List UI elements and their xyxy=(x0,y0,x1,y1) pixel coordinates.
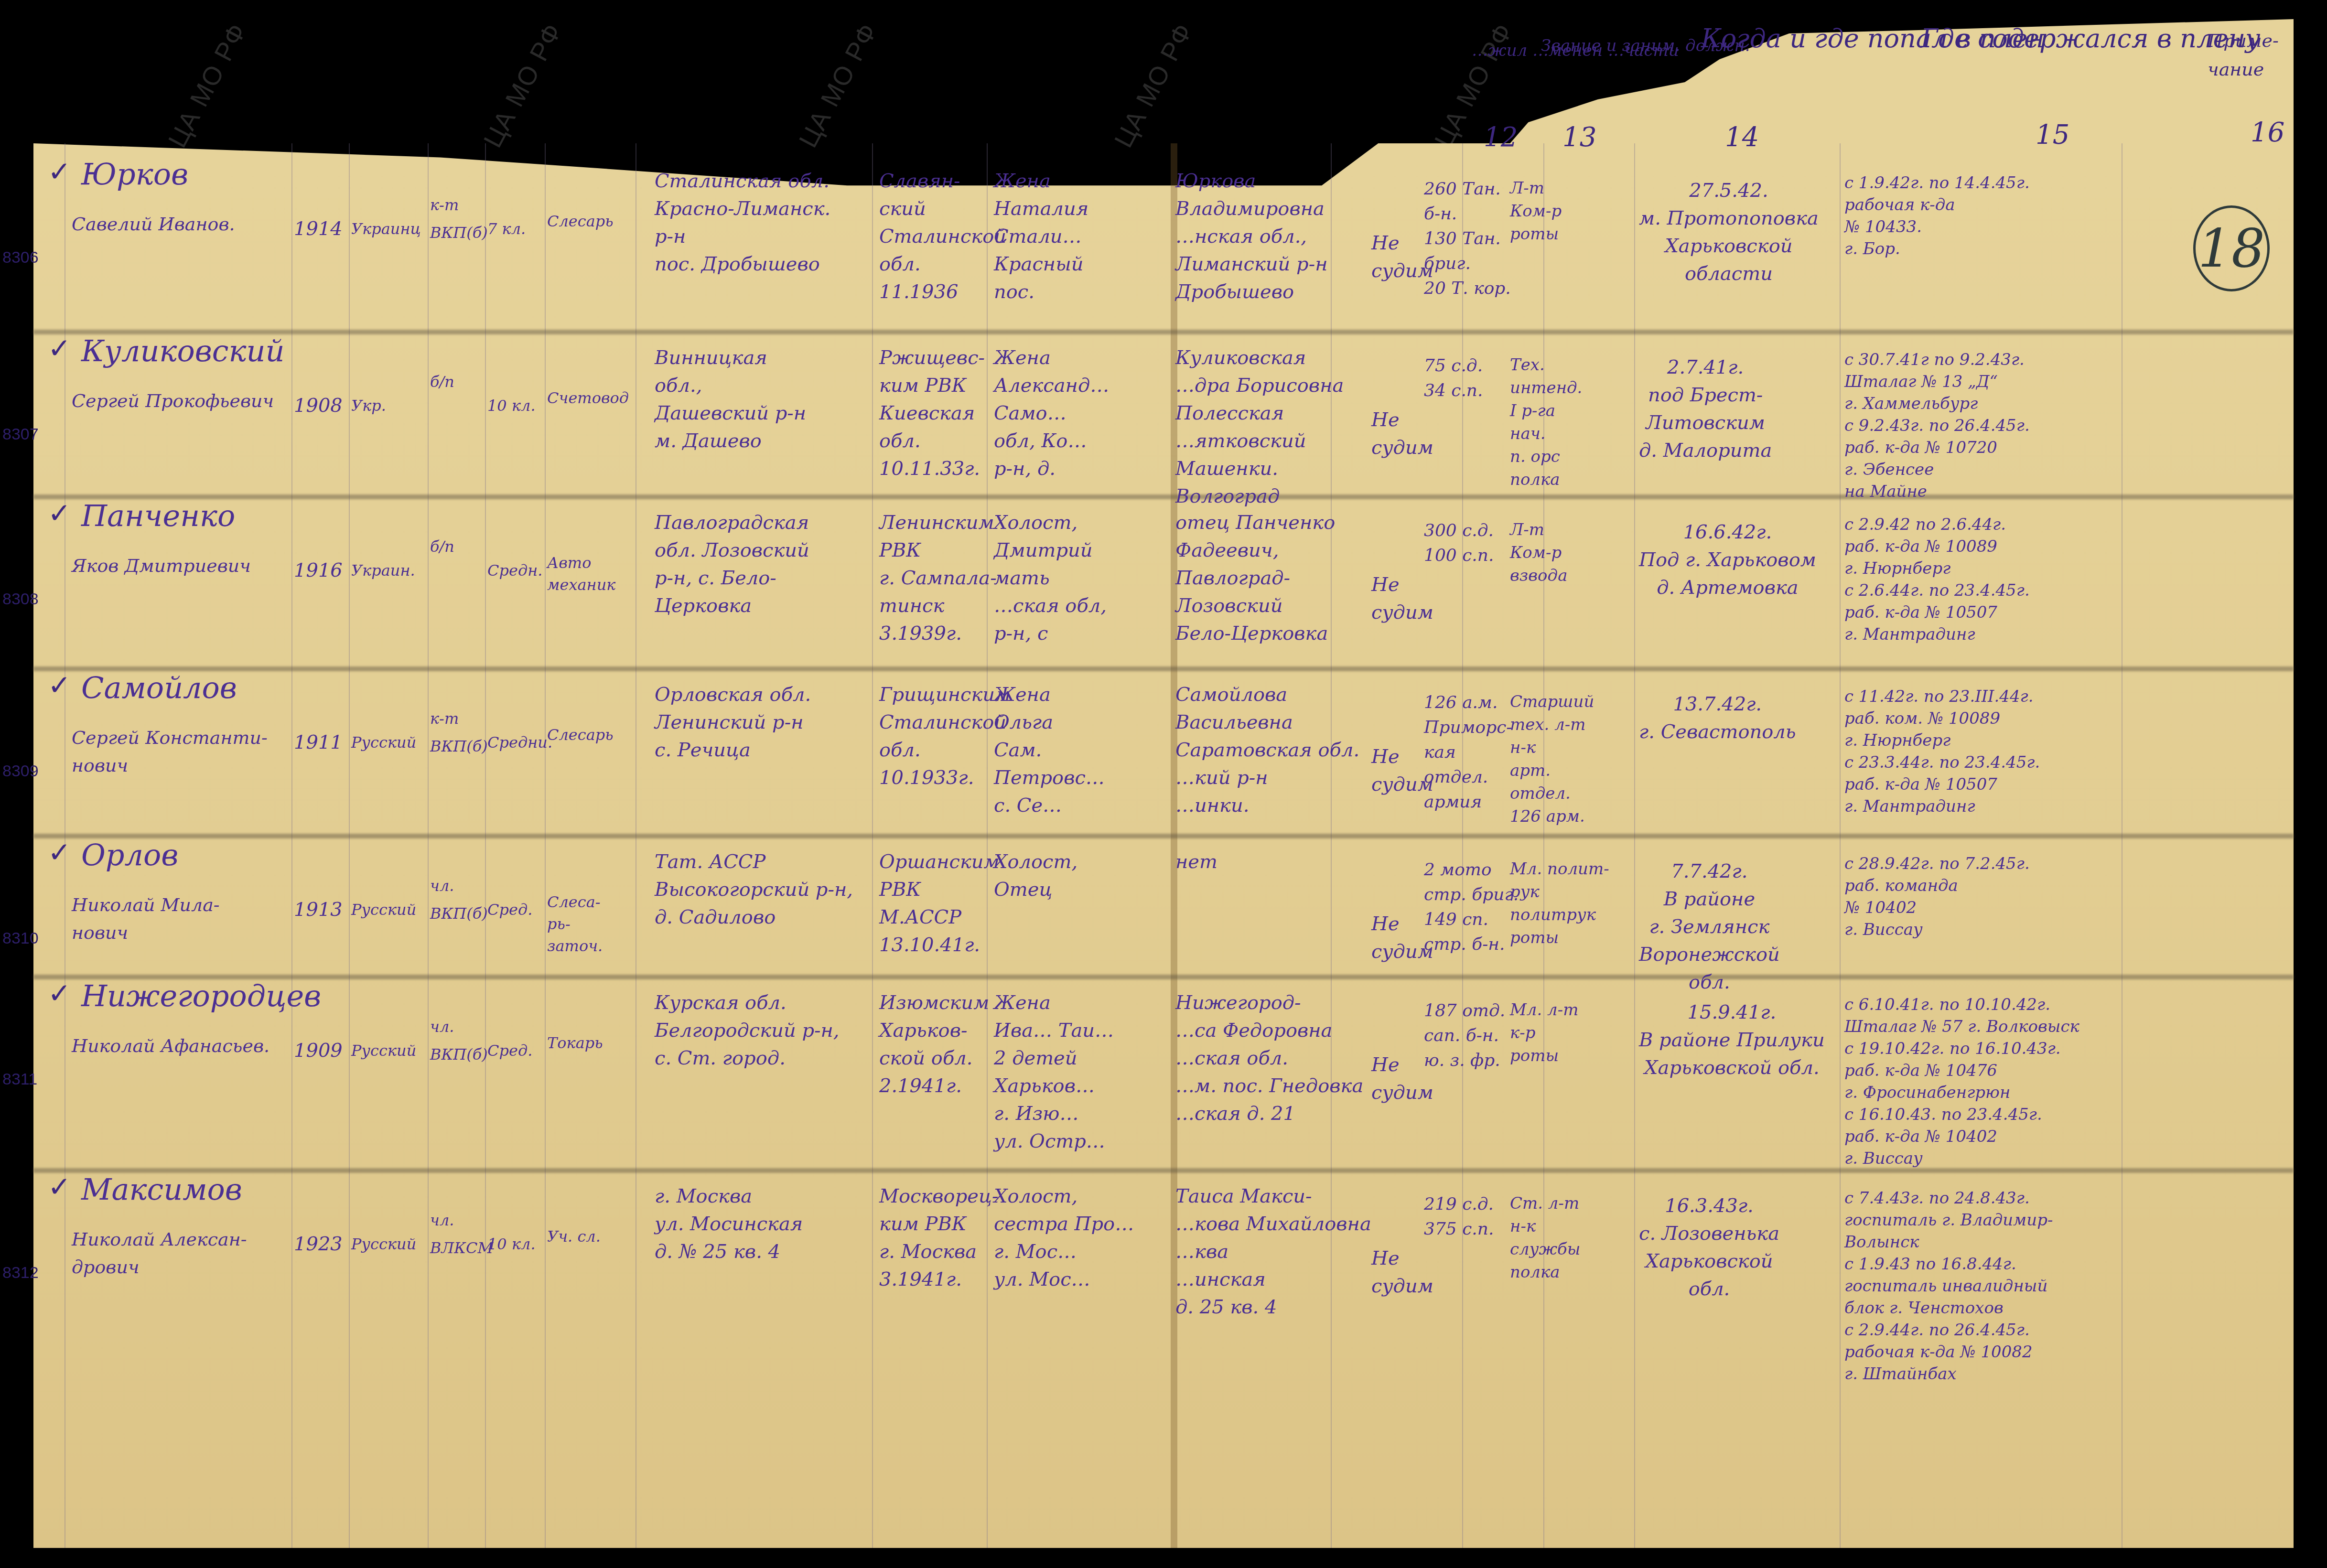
birthplace: Тат. АССР Высокогорский р-н, д. Садилово xyxy=(655,848,853,931)
party-membership: чл. ВКП(б) xyxy=(430,1013,488,1068)
surname: Юрков xyxy=(81,158,188,191)
rank-position: Мл. л-т к-р роты xyxy=(1510,999,1578,1067)
record-number: 8312 xyxy=(2,1259,39,1287)
rank-position: Мл. полит- рук политрук роты xyxy=(1510,858,1609,949)
profession: Уч. сл. xyxy=(547,1225,601,1247)
convicted-status: Не судим xyxy=(1371,571,1433,626)
relatives: Холост, сестра Про… г. Мос… ул. Мос… xyxy=(994,1182,1134,1293)
drafted-by: Ленинским РВК г. Сампала- тинск 3.1939г. xyxy=(879,509,997,647)
nationality: Укр. xyxy=(351,392,386,419)
nationality: Русский xyxy=(351,896,416,924)
name-patronymic: Николай Афанасьев. xyxy=(72,1032,269,1060)
party-membership: к-т ВКП(б) xyxy=(430,705,488,760)
column-header-16: Приме- чание xyxy=(2208,26,2327,84)
column-divider xyxy=(1840,143,1841,1548)
party-membership: б/п xyxy=(430,533,454,560)
birthplace: Курская обл. Белгородский р-н, с. Ст. го… xyxy=(655,989,840,1072)
relatives: Жена Александ… Само… обл, Ко… р-н, д. xyxy=(994,344,1109,483)
birth-year: 1909 xyxy=(294,1037,343,1064)
column-divider xyxy=(2122,143,2122,1548)
relatives-address: отец Панченко Фадеевич, Павлоград- Лозов… xyxy=(1175,509,1335,647)
archive-watermark: ЦА МО РФ xyxy=(162,18,253,152)
checkmark-icon: ✓ xyxy=(48,671,71,699)
drafted-by: Москворец- ким РВК г. Москва 3.1941г. xyxy=(879,1182,998,1293)
captivity-location: с 1.9.42г. по 14.4.45г. рабочая к-да № 1… xyxy=(1844,172,2030,260)
capture-date-place: 27.5.42. м. Протопоповка Харьковской обл… xyxy=(1639,177,1819,288)
drafted-by: Славян- ский Сталинской обл. 11.1936 xyxy=(879,167,1006,306)
relatives: Холост, Дмитрий мать …ская обл, р-н, с xyxy=(994,509,1107,647)
name-patronymic: Николай Мила- нович xyxy=(72,891,220,946)
education: 10 кл. xyxy=(487,1230,536,1258)
party-membership: б/п xyxy=(430,368,454,396)
column-divider xyxy=(987,143,988,1548)
profession: Счетовод xyxy=(547,387,629,409)
military-unit: 300 с.д. 100 с.п. xyxy=(1424,518,1494,568)
row-divider xyxy=(33,666,2294,671)
education: 10 кл. xyxy=(487,392,536,419)
nationality: Украинц xyxy=(351,215,421,243)
checkmark-icon: ✓ xyxy=(48,158,71,185)
row-divider xyxy=(33,834,2294,838)
surname: Панченко xyxy=(81,499,235,533)
column-number-16: 16 xyxy=(2251,117,2284,148)
education: 7 кл. xyxy=(487,215,526,243)
education: Средни. xyxy=(487,729,552,756)
name-patronymic: Яков Дмитриевич xyxy=(72,552,251,580)
archive-watermark: ЦА МО РФ xyxy=(1109,18,1199,152)
relatives-address: нет xyxy=(1175,848,1217,876)
name-patronymic: Савелий Иванов. xyxy=(72,210,235,238)
capture-date-place: 16.3.43г. с. Лозовенька Харьковской обл. xyxy=(1639,1192,1779,1303)
column-number-12: 12 xyxy=(1484,122,1518,153)
row-divider xyxy=(33,975,2294,979)
birthplace: Сталинская обл. Красно-Лиманск. р-н пос.… xyxy=(655,167,830,278)
capture-date-place: 2.7.41г. под Брест- Литовским д. Малорит… xyxy=(1639,354,1772,464)
birth-year: 1923 xyxy=(294,1230,343,1258)
record-number: 8310 xyxy=(2,924,39,952)
surname: Куликовский xyxy=(81,334,284,368)
capture-date-place: 15.9.41г. В районе Прилуки Харьковской о… xyxy=(1639,999,1825,1082)
party-membership: к-т ВКП(б) xyxy=(430,191,488,247)
relatives-address: Куликовская …дра Борисовна Полесская …ят… xyxy=(1175,344,1344,510)
relatives: Жена Наталия Стали… Красный пос. xyxy=(994,167,1088,306)
capture-date-place: 13.7.42г. г. Севастополь xyxy=(1639,690,1796,746)
nationality: Русский xyxy=(351,1230,416,1258)
drafted-by: Грищинским Сталинской обл. 10.1933г. xyxy=(879,681,1011,792)
rank-position: Л-т Ком-р роты xyxy=(1510,177,1562,246)
rank-position: Старший тех. л-т н-к арт. отдел. 126 арм… xyxy=(1510,690,1594,828)
name-patronymic: Сергей Прокофьевич xyxy=(72,387,274,415)
column-divider xyxy=(872,143,873,1548)
birth-year: 1913 xyxy=(294,896,343,924)
row-divider xyxy=(33,330,2294,334)
name-patronymic: Сергей Константи- нович xyxy=(72,724,268,779)
birthplace: Винницкая обл., Дашевский р-н м. Дашево xyxy=(655,344,806,455)
nationality: Украин. xyxy=(351,557,415,584)
military-unit: 2 мото стр. бриг. 149 сп. стр. б-н. xyxy=(1424,858,1519,957)
drafted-by: Оршанским РВК М.АССР 13.10.41г. xyxy=(879,848,1000,959)
military-unit: 75 с.д. 34 с.п. xyxy=(1424,354,1483,403)
checkmark-icon: ✓ xyxy=(48,499,71,527)
birth-year: 1914 xyxy=(294,215,343,243)
profession: Слеса- рь- заточ. xyxy=(547,891,603,957)
party-membership: чл. ВЛКСМ xyxy=(430,1206,493,1262)
military-unit: 260 Тан. б-н. 130 Тан. бриг. 20 Т. кор. xyxy=(1424,177,1511,301)
record-number: 8311 xyxy=(2,1065,37,1093)
captivity-location: с 30.7.41г по 9.2.43г. Шталаг № 13 „Д“ г… xyxy=(1844,349,2030,503)
rank-position: Тех. интенд. I р-га нач. п. орс полка xyxy=(1510,354,1582,491)
education: Средн. xyxy=(487,557,542,584)
relatives: Холост, Отец xyxy=(994,848,1077,903)
capture-date-place: 7.7.42г. В районе г. Землянск Воронежско… xyxy=(1639,858,1780,996)
checkmark-icon: ✓ xyxy=(48,1173,71,1201)
convicted-status: Не судим xyxy=(1371,406,1433,462)
profession: Слесарь xyxy=(547,724,614,746)
column-divider xyxy=(485,143,486,1548)
relatives-address: Таиса Макси- …кова Михайловна …ква …инск… xyxy=(1175,1182,1371,1321)
birthplace: Орловская обл. Ленинский р-н с. Речица xyxy=(655,681,811,764)
archive-watermark: ЦА МО РФ xyxy=(478,18,568,152)
column-divider xyxy=(291,143,292,1548)
military-unit: 219 с.д. 375 с.п. xyxy=(1424,1192,1494,1242)
page-number-stamp: 18 xyxy=(2193,205,2270,291)
education: Сред. xyxy=(487,896,532,924)
surname: Нижегородцев xyxy=(81,979,321,1013)
name-patronymic: Николай Алексан- дрович xyxy=(72,1225,247,1281)
birth-year: 1908 xyxy=(294,392,343,419)
surname: Орлов xyxy=(81,838,178,872)
column-number-13: 13 xyxy=(1562,122,1596,153)
column-divider xyxy=(428,143,429,1548)
checkmark-icon: ✓ xyxy=(48,979,71,1007)
profession: Авто механик xyxy=(547,552,615,596)
column-number-14: 14 xyxy=(1725,122,1759,153)
record-number: 8306 xyxy=(2,244,39,271)
drafted-by: Ржищевс- ким РВК Киевская обл. 10.11.33г… xyxy=(879,344,985,483)
column-divider xyxy=(545,143,546,1548)
captivity-location: с 11.42г. по 23.III.44г. раб. ком. № 100… xyxy=(1844,686,2040,817)
relatives-address: Юркова Владимировна …нская обл., Лиманск… xyxy=(1175,167,1328,306)
military-unit: 187 отд. сап. б-н. ю. з. фр. xyxy=(1424,999,1505,1073)
record-number: 8308 xyxy=(2,585,39,613)
captivity-location: с 28.9.42г. по 7.2.45г. раб. команда № 1… xyxy=(1844,853,2030,941)
archive-watermark: ЦА МО РФ xyxy=(793,18,883,152)
relatives: Жена Ива… Таи… 2 детей Харьков… г. Изю… … xyxy=(994,989,1114,1155)
rank-position: Л-т Ком-р взвода xyxy=(1510,518,1567,587)
nationality: Русский xyxy=(351,1037,416,1064)
relatives-address: Нижегород- …са Федоровна …ская обл. …м. … xyxy=(1175,989,1363,1128)
birthplace: Павлоградская обл. Лозовский р-н, с. Бел… xyxy=(655,509,809,620)
rank-position: Ст. л-т н-к службы полка xyxy=(1510,1192,1581,1284)
column-number-15: 15 xyxy=(2036,119,2069,150)
birth-year: 1916 xyxy=(294,557,343,584)
convicted-status: Не судим xyxy=(1371,1245,1433,1300)
column-divider xyxy=(1634,143,1635,1548)
checkmark-icon: ✓ xyxy=(48,838,71,866)
record-number: 8309 xyxy=(2,757,39,785)
capture-date-place: 16.6.42г. Под г. Харьковом д. Артемовка xyxy=(1639,518,1816,601)
profession: Слесарь xyxy=(547,210,614,232)
nationality: Русский xyxy=(351,729,416,756)
column-divider xyxy=(349,143,350,1548)
birthplace: г. Москва ул. Мосинская д. № 25 кв. 4 xyxy=(655,1182,803,1266)
birth-year: 1911 xyxy=(294,729,343,756)
relatives-address: Самойлова Васильевна Саратовская обл. …к… xyxy=(1175,681,1359,819)
profession: Токарь xyxy=(547,1032,603,1054)
military-unit: 126 а.м. Приморс- кая отдел. армия xyxy=(1424,690,1512,815)
captivity-location: с 2.9.42 по 2.6.44г. раб. к-да № 10089 г… xyxy=(1844,514,2030,645)
surname: Максимов xyxy=(81,1173,242,1206)
surname: Самойлов xyxy=(81,671,237,705)
captivity-location: с 7.4.43г. по 24.8.43г. госпиталь г. Вла… xyxy=(1844,1187,2053,1385)
captivity-location: с 6.10.41г. по 10.10.42г. Шталаг № 57 г.… xyxy=(1844,994,2079,1170)
column-divider xyxy=(636,143,636,1548)
checkmark-icon: ✓ xyxy=(48,334,71,362)
education: Сред. xyxy=(487,1037,532,1064)
record-number: 8307 xyxy=(2,420,39,448)
relatives: Жена Ольга Сам. Петровс… с. Се… xyxy=(994,681,1105,819)
drafted-by: Изюмским Харьков- ской обл. 2.1941г. xyxy=(879,989,989,1100)
party-membership: чл. ВКП(б) xyxy=(430,872,488,927)
